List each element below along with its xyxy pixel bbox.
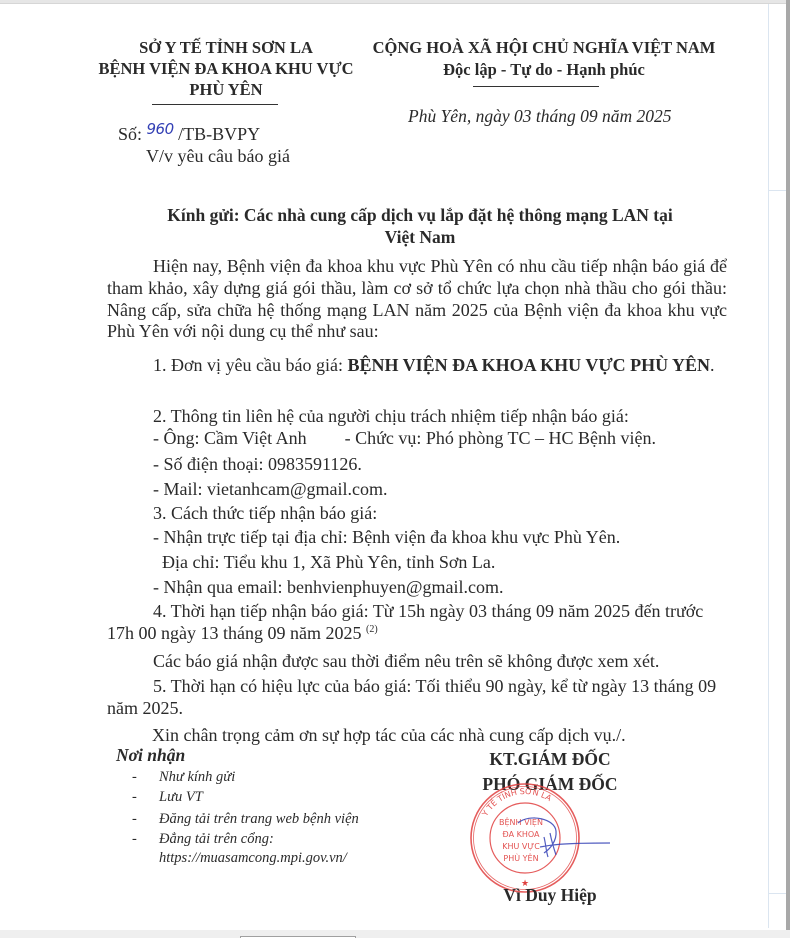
unit-name-line1: BỆNH VIỆN ĐA KHOA KHU VỰC — [86, 58, 366, 79]
recipient-item: -Đẳng tải trên cổng: — [132, 830, 359, 850]
item-1-label: 1. Đơn vị yêu cầu báo giá: — [153, 355, 347, 375]
thanks-line: Xin chân trọng cảm ơn sự hợp tác của các… — [152, 725, 772, 747]
place-date: Phù Yên, ngày 03 tháng 09 năm 2025 — [408, 106, 671, 127]
page-margin-tick — [768, 190, 786, 191]
recipient-item-text: Lưu VT — [159, 788, 203, 808]
recipient-line2: Việt Nam — [100, 226, 740, 248]
number-label: Số: — [118, 124, 142, 144]
recipient-heading: Kính gửi: Các nhà cung cấp dịch vụ lắp đ… — [100, 204, 740, 248]
contact-phone: - Số điện thoại: 0983591126. — [153, 454, 773, 476]
recipient-item-text: Như kính gửi — [159, 768, 235, 788]
item-5: 5. Thời hạn có hiệu lực của báo giá: Tối… — [107, 676, 727, 720]
svg-text:Y TẾ TỈNH SƠN LA: Y TẾ TỈNH SƠN LA — [480, 787, 553, 819]
receive-address: Địa chỉ: Tiểu khu 1, Xã Phù Yên, tỉnh Sơ… — [162, 552, 782, 574]
unit-name-line2: PHÙ YÊN — [86, 79, 366, 100]
nation-name: CỘNG HOÀ XÃ HỘI CHỦ NGHĨA VIỆT NAM — [370, 37, 718, 59]
portal-url: https://muasamcong.mpi.gov.vn/ — [132, 849, 359, 869]
document-subject: V/v yêu câu báo giá — [146, 146, 290, 167]
contact-mail: - Mail: vietanhcam@gmail.com. — [153, 479, 773, 501]
late-notice: Các báo giá nhận được sau thời điểm nêu … — [153, 651, 773, 673]
receive-direct: - Nhận trực tiếp tại địa chỉ: Bệnh viện … — [153, 527, 773, 549]
recipient-item-text: Đăng tải trên trang web bệnh viện — [159, 810, 359, 830]
recipients-list: -Như kính gửi -Lưu VT -Đăng tải trên tra… — [132, 768, 359, 869]
contact-position: - Chức vụ: Phó phòng TC – HC Bệnh viện. — [345, 428, 656, 448]
recipient-line1: Kính gửi: Các nhà cung cấp dịch vụ lắp đ… — [100, 204, 740, 226]
vertical-scrollbar[interactable] — [786, 0, 790, 930]
item-3: 3. Cách thức tiếp nhận báo giá: — [153, 503, 773, 525]
contact-name: - Ông: Cầm Việt Anh — [153, 428, 307, 448]
signer-title-line1: KT.GIÁM ĐỐC — [440, 747, 660, 772]
issuing-authority: SỞ Y TẾ TỈNH SƠN LA BỆNH VIỆN ĐA KHOA KH… — [86, 37, 366, 100]
item-4-text: 4. Thời hạn tiếp nhận báo giá: Từ 15h ng… — [107, 601, 703, 643]
intro-paragraph: Hiện nay, Bệnh viện đa khoa khu vực Phù … — [107, 256, 727, 343]
document-number: Số: 960 /TB-BVPY — [118, 124, 260, 145]
requesting-unit: BỆNH VIỆN ĐA KHOA KHU VỰC PHÙ YÊN — [347, 355, 710, 375]
recipient-item: -Lưu VT — [132, 788, 359, 808]
header-left-underline — [152, 104, 278, 105]
item-1-end: . — [710, 355, 715, 375]
viewer-bottom-bar — [0, 930, 790, 938]
footnote-marker: (2) — [366, 624, 378, 635]
item-1: 1. Đơn vị yêu cầu báo giá: BỆNH VIỆN ĐA … — [107, 355, 727, 377]
header-right-underline — [473, 86, 599, 87]
item-4: 4. Thời hạn tiếp nhận báo giá: Từ 15h ng… — [107, 601, 727, 648]
recipient-item: -Đăng tải trên trang web bệnh viện — [132, 810, 359, 830]
national-header: CỘNG HOÀ XÃ HỘI CHỦ NGHĨA VIỆT NAM Độc l… — [370, 37, 718, 81]
national-motto: Độc lập - Tự do - Hạnh phúc — [370, 59, 718, 81]
contact-row: - Ông: Cầm Việt Anh- Chức vụ: Phó phòng … — [153, 428, 773, 450]
viewer-top-edge — [0, 0, 790, 4]
signer-name: Vì Duy Hiệp — [440, 885, 660, 906]
page-margin-tick — [768, 893, 786, 894]
handwritten-number: 960 — [147, 120, 174, 138]
item-2: 2. Thông tin liên hệ của người chịu trác… — [153, 406, 773, 428]
handwritten-signature-icon — [510, 815, 610, 865]
receive-email: - Nhận qua email: benhvienphuyen@gmail.c… — [153, 577, 773, 599]
number-suffix: /TB-BVPY — [178, 124, 260, 144]
recipient-item-text: Đẳng tải trên cổng: — [159, 830, 274, 850]
agency-name: SỞ Y TẾ TỈNH SƠN LA — [86, 37, 366, 58]
recipient-item: -Như kính gửi — [132, 768, 359, 788]
recipients-title: Nơi nhận — [116, 745, 185, 766]
